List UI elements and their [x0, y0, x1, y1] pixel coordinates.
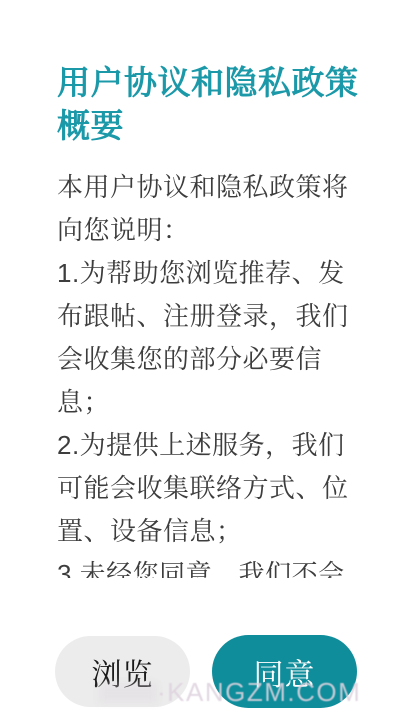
- policy-summary-text[interactable]: 本用户协议和隐私政策将 向您说明： 1.为帮助您浏览推荐、发 布跟帖、注册登录，…: [57, 166, 377, 578]
- browse-button[interactable]: 浏览: [55, 636, 190, 707]
- dialog-title: 用户协议和隐私政策 概要: [57, 61, 377, 147]
- agree-button[interactable]: 同意: [212, 635, 357, 708]
- dialog-button-row: 浏览 同意: [0, 635, 400, 708]
- privacy-policy-dialog: 用户协议和隐私政策 概要 本用户协议和隐私政策将 向您说明： 1.为帮助您浏览推…: [0, 0, 400, 710]
